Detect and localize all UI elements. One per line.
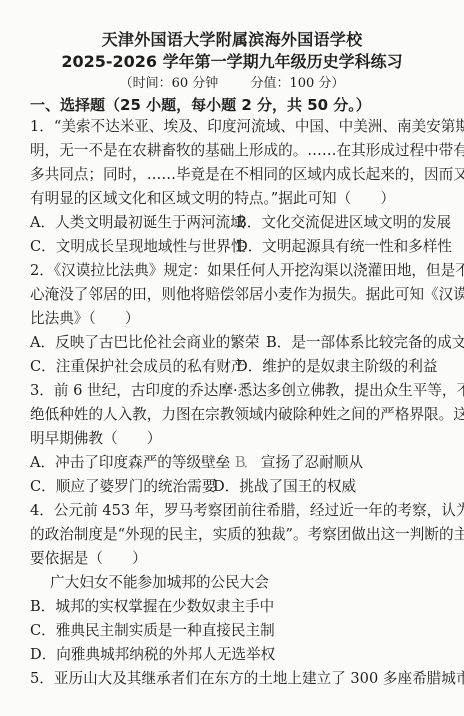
question-text-line: 比法典》（ ） [30,309,139,329]
option-d: D．挑战了国王的权威 [213,477,356,497]
question-text-line: 5．亚历山大及其继承者们在东方的土地上建立了 300 多座希腊城市，并 [30,669,464,689]
option-d: D．文明起源具有统一性和多样性 [236,237,452,257]
question-text-line: 明早期佛教（ ） [30,429,161,449]
option-c: C．雅典民主制实质是一种直接民主制 [30,621,275,641]
question-text-line: 1．“美索不达米亚、埃及、印度河流域、中国、中美洲、南美安第斯文 [30,117,464,137]
option-row: A．人类文明最初诞生于两河流域 [30,213,245,233]
question-text-line: 4．公元前 453 年，罗马考察团前往希腊，经过近一年的考察，认为雅典 [30,501,464,521]
option-a: A．人类文明最初诞生于两河流域 [30,214,245,231]
question-text-line: 有明显的区域文化和区域文明的特点。”据此可知（ ） [30,189,395,209]
exam-page: 天津外国语大学附属滨海外国语学校 2025-2026 学年第一学期九年级历史学科… [0,0,464,716]
exam-info: （时间：60 分钟 分值：100 分） [0,72,464,91]
exam-title: 2025-2026 学年第一学期九年级历史学科练习 [0,49,464,72]
option-c: C．顺应了婆罗门的统治需要 [30,477,216,497]
option-d: D．向雅典城邦纳税的外邦人无选举权 [30,645,275,665]
option-a: 广大妇女不能参加城邦的公民大会 [50,573,269,593]
exam-time: （时间：60 分钟 [120,76,219,91]
exam-score: 分值：100 分） [250,76,344,91]
option-row: A．冲击了印度森严的等级壁垒 B． 宣扬了忍耐顺从 [30,453,363,473]
question-text-line: 要依据是（ ） [30,549,147,569]
option-d: D．维护的是奴隶主阶级的利益 [236,357,437,377]
section-title: 一、选择题（25 小题，每小题 2 分，共 50 分。） [30,94,371,115]
option-b-label-smudged: B． [235,454,256,471]
question-text-line: 3．前 6 世纪，古印度的乔达摩·悉达多创立佛教，提出众生平等，不拒 [30,381,464,401]
option-c: C．注重保护社会成员的私有财产 [30,357,245,377]
option-a: A．冲击了印度森严的等级壁垒 [30,454,230,471]
question-text-line: 心淹没了邻居的田，则他将赔偿邻居小麦作为损失。据此可知《汉谟拉 [30,285,464,305]
option-a: A．反映了古巴比伦社会商业的繁荣 [30,333,259,353]
question-text-line: 的政治制度是“外现的民主，实质的独裁”。考察团做出这一判断的主 [30,525,464,545]
option-b: B．是一部体系比较完备的成文法典 [266,333,464,353]
option-b: 宣扬了忍耐顺从 [261,454,363,471]
question-text-line: 绝低种姓的人入教，力图在宗教领域内破除种姓之间的严格界限。这说 [30,405,464,425]
option-row: C．文明成长呈现地域性与世界性 [30,237,245,257]
option-b: B．城邦的实权掌握在少数奴隶主手中 [30,597,274,617]
question-text-line: 2．《汉谟拉比法典》规定：如果任何人开挖沟渠以浇灌田地，但是不小 [30,261,464,281]
question-text-line: 明，无一不是在农耕畜牧的基础上形成的。……在其形成过程中带有许 [30,141,464,161]
question-text-line: 多共同点；同时，……毕竟是在不相同的区域内成长起来的，因而又带 [30,165,464,185]
option-c: C．文明成长呈现地域性与世界性 [30,238,245,255]
option-b: B．文化交流促进区域文明的发展 [236,213,451,233]
school-name: 天津外国语大学附属滨海外国语学校 [0,27,464,50]
